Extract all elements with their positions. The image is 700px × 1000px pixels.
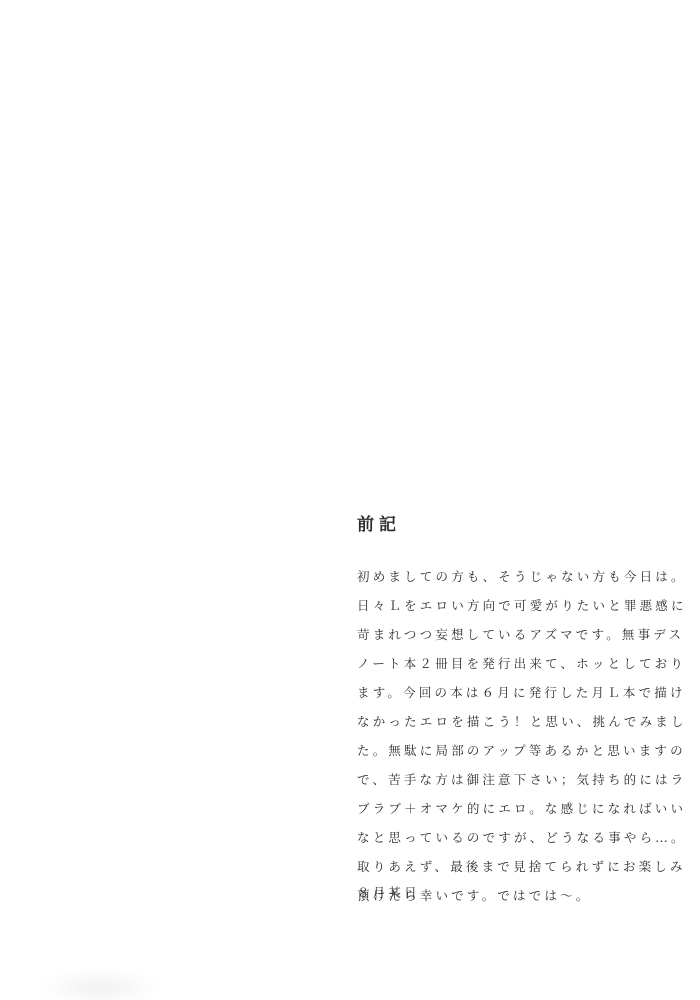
foreword-line: 初めましての方も、そうじゃない方も今日は。 xyxy=(357,562,687,591)
foreword-line: なかったエロを描こう！と思い、挑んでみまし xyxy=(357,707,687,736)
foreword-date: ８月某日 xyxy=(357,883,420,903)
foreword-line: ノート本２冊目を発行出来て、ホッとしており xyxy=(357,649,687,678)
foreword-line: なと思っているのですが、どうなる事やら…。 xyxy=(357,823,687,852)
foreword-line: で、苦手な方は御注意下さい；気持ち的にはラ xyxy=(357,765,687,794)
foreword-line: た。無駄に局部のアップ等あるかと思いますの xyxy=(357,736,687,765)
foreword-title: 前記 xyxy=(357,511,687,539)
foreword-body: 初めましての方も、そうじゃない方も今日は。 日々Ｌをエロい方向で可愛がりたいと罪… xyxy=(357,562,687,910)
foreword-line: 取りあえず、最後まで見捨てられずにお楽しみ xyxy=(357,852,687,881)
foreword-line: ブラブ＋オマケ的にエロ。な感じになればいい xyxy=(357,794,687,823)
foreword-line: 苛まれつつ妄想しているアズマです。無事デス xyxy=(357,620,687,649)
foreword-line: 日々Ｌをエロい方向で可愛がりたいと罪悪感に xyxy=(357,591,687,620)
foreword-line: ます。今回の本は６月に発行した月Ｌ本で描け xyxy=(357,678,687,707)
scan-smudge xyxy=(40,968,160,1000)
document-page: 前記 初めましての方も、そうじゃない方も今日は。 日々Ｌをエロい方向で可愛がりた… xyxy=(0,0,700,1000)
foreword-section: 前記 初めましての方も、そうじゃない方も今日は。 日々Ｌをエロい方向で可愛がりた… xyxy=(357,511,687,910)
